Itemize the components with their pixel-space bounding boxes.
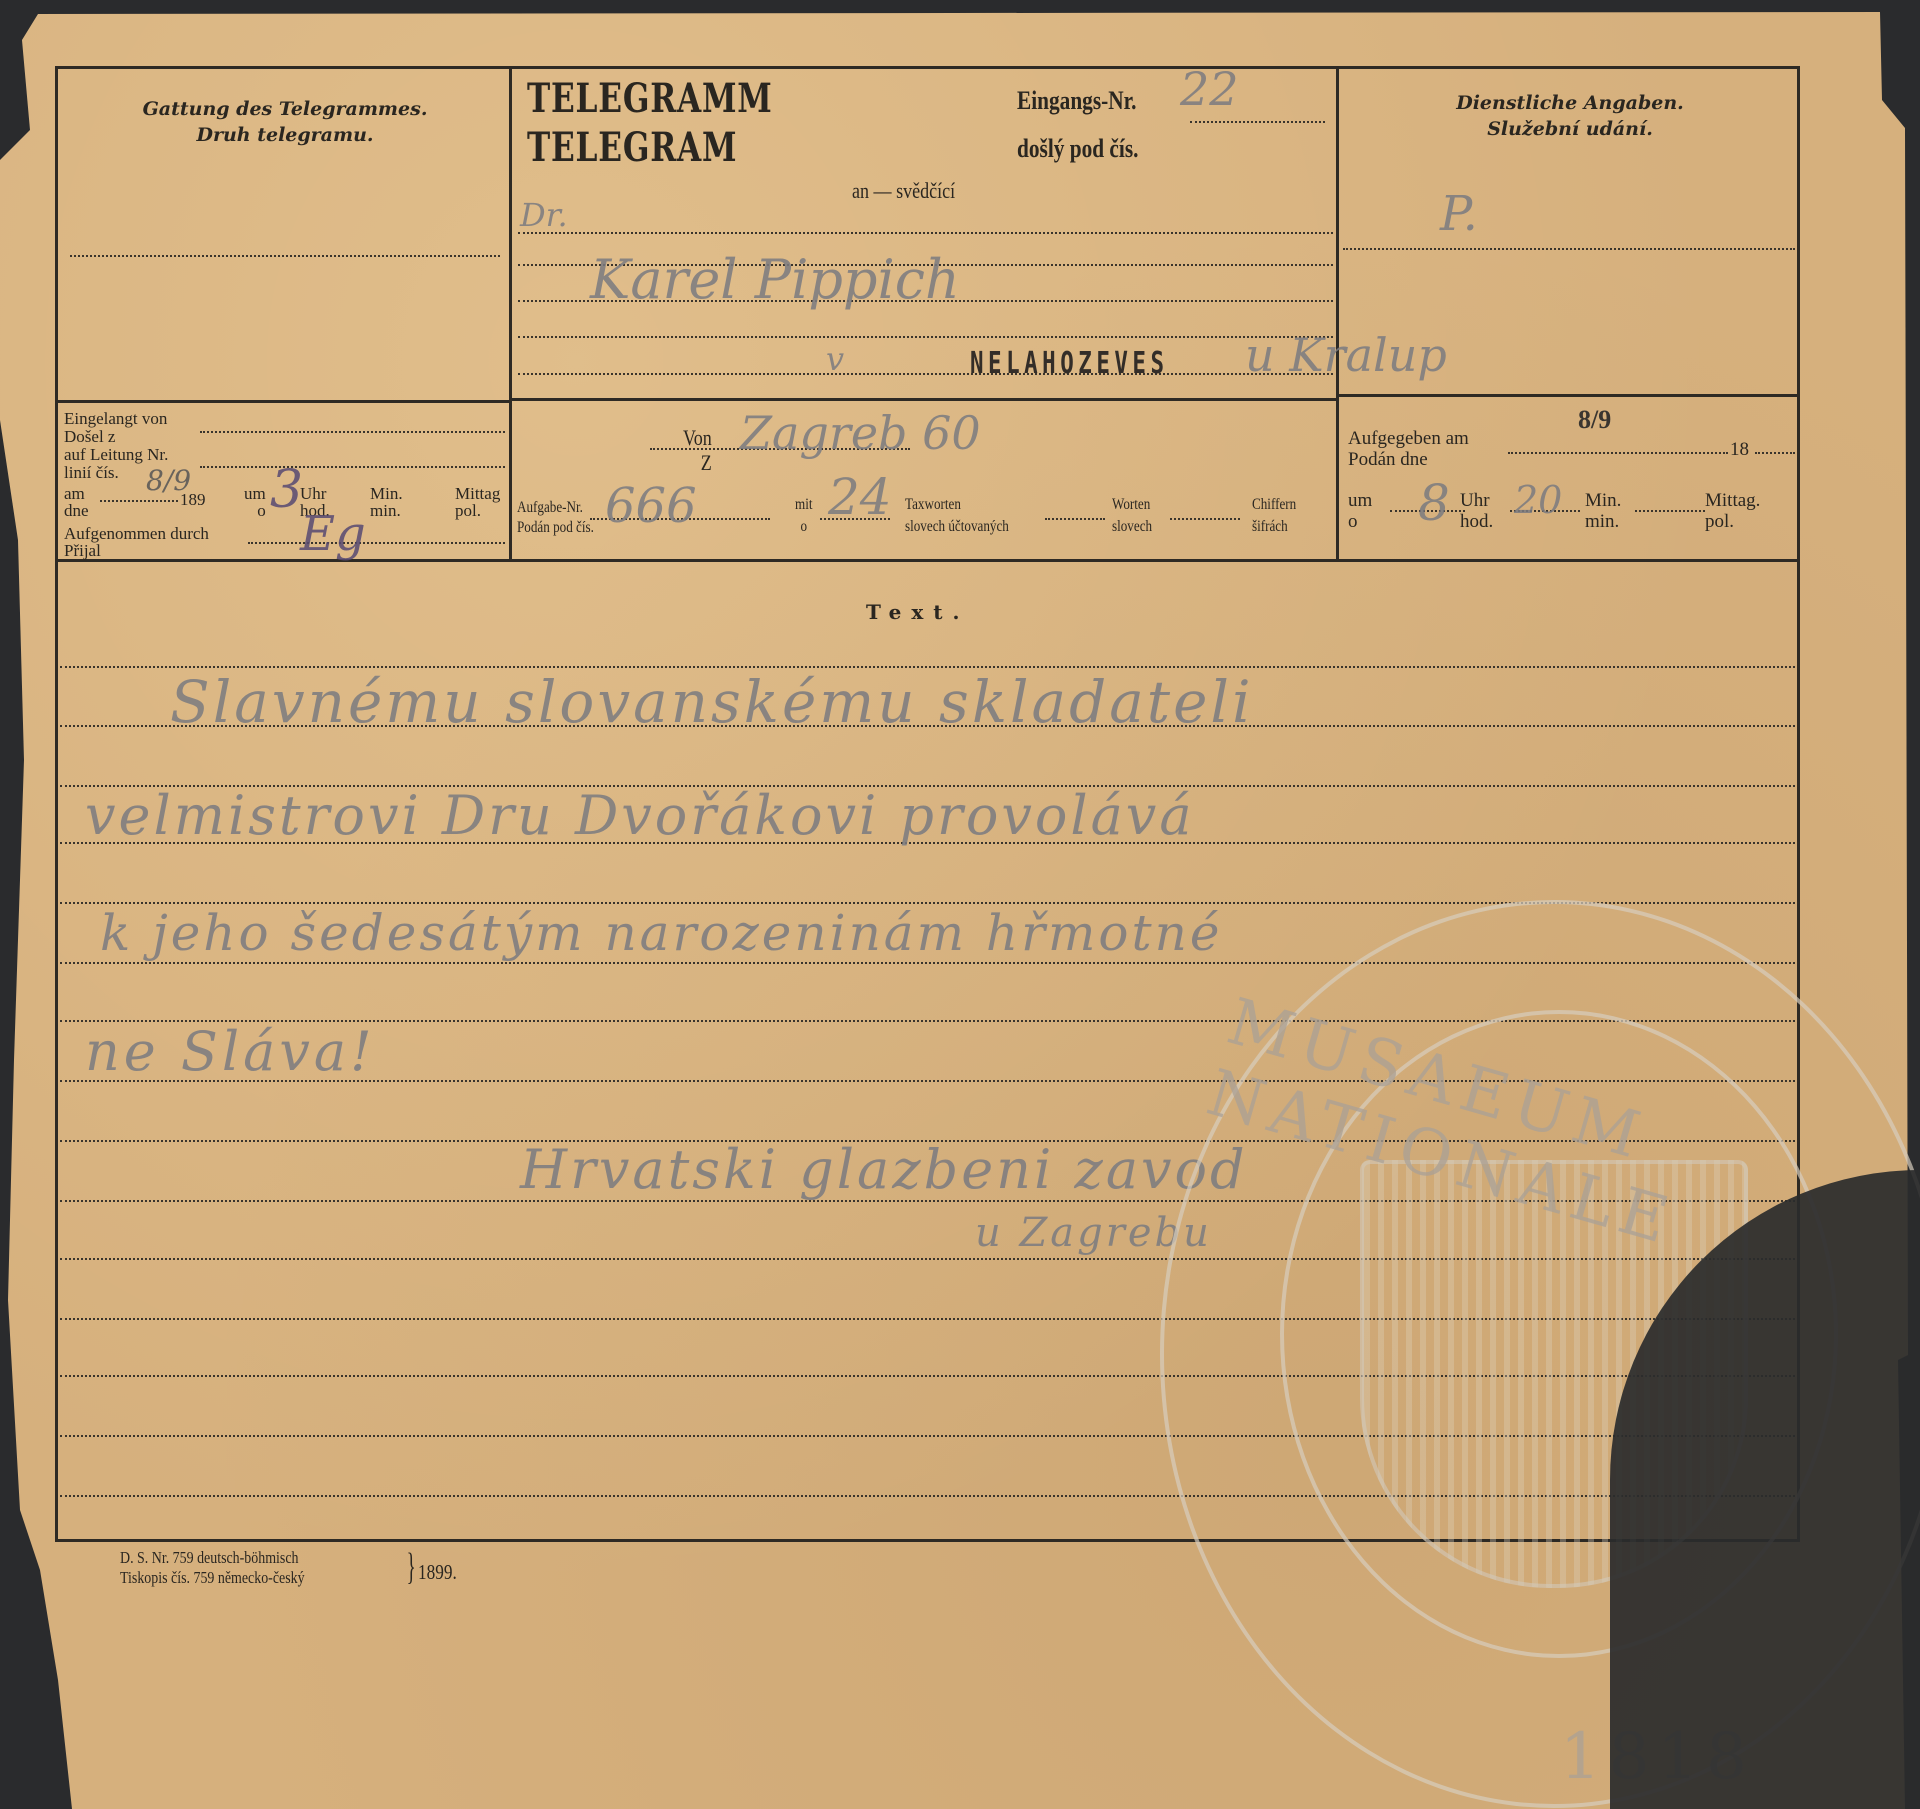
taken-by-value: Eg bbox=[300, 506, 366, 562]
submitted-min-label: Min. min. bbox=[1585, 490, 1621, 532]
submitted-hour-value: 8 bbox=[1418, 474, 1450, 532]
received-year-prefix: 189 bbox=[180, 490, 206, 509]
received-at-label: um o bbox=[244, 485, 266, 519]
place-stamp: NELAHOZEVES bbox=[970, 346, 1169, 381]
addressee-line-5 bbox=[518, 373, 1333, 375]
submission-no-label: Aufgabe-Nr. Podán pod čís. bbox=[517, 498, 594, 538]
addressee-preposition: v bbox=[826, 340, 844, 378]
message-line-2: velmistrovi Dru Dvořákovi provolává bbox=[85, 784, 1195, 847]
type-label-de: Gattung des Telegrammes. bbox=[60, 96, 510, 122]
addressee-name: Karel Pippich bbox=[590, 248, 960, 311]
received-date-dotted bbox=[100, 500, 178, 502]
type-dotted-line bbox=[70, 255, 500, 257]
form-brace: } bbox=[407, 1547, 416, 1587]
submitted-noon-dotted bbox=[1635, 510, 1705, 512]
received-hour-value: 3 bbox=[270, 460, 303, 520]
telegram-type-label: Gattung des Telegrammes. Druh telegramu. bbox=[60, 96, 510, 148]
title-cs: TELEGRAM bbox=[527, 127, 737, 169]
addressee-line-1 bbox=[518, 232, 1333, 234]
message-line-1: Slavnému slovanskému skladateli bbox=[170, 668, 1254, 736]
submitted-at-label: um o bbox=[1348, 490, 1372, 532]
addressee-label: an — svědčící bbox=[852, 178, 955, 204]
message-line-4: ne Sláva! bbox=[85, 1020, 376, 1083]
received-line-dotted bbox=[200, 466, 505, 468]
taxwords-label: Taxworten slovech účtovaných bbox=[905, 494, 1009, 538]
submitted-noon-label: Mittag. pol. bbox=[1705, 490, 1760, 532]
submitted-date-dotted bbox=[1508, 452, 1728, 454]
divider-mid-center bbox=[509, 398, 1339, 401]
form-number: D. S. Nr. 759 deutsch-böhmisch Tiskopis … bbox=[120, 1548, 305, 1588]
divider-right bbox=[1336, 66, 1339, 562]
incoming-no-value: 22 bbox=[1180, 62, 1239, 116]
received-date-label: am dne bbox=[64, 485, 89, 519]
addressee-line-4 bbox=[518, 336, 1333, 338]
form-year: 1899. bbox=[418, 1560, 457, 1585]
incoming-no-label-cs: došlý pod čís. bbox=[1017, 134, 1138, 164]
text-heading: Text. bbox=[866, 600, 969, 624]
cipher-label: Chiffern šifrách bbox=[1252, 494, 1296, 538]
origin-from-value: Zagreb 60 bbox=[740, 406, 981, 460]
service-dotted-line bbox=[1343, 248, 1795, 250]
divider-mid-left bbox=[55, 400, 511, 403]
type-label-cs: Druh telegramu. bbox=[60, 122, 510, 148]
divider-mid-right bbox=[1336, 394, 1800, 397]
received-noon-label: Mittag pol. bbox=[455, 485, 500, 519]
submitted-year-prefix: 18 bbox=[1730, 440, 1749, 459]
taken-by-dotted bbox=[248, 542, 505, 544]
incoming-no-label-de: Eingangs-Nr. bbox=[1017, 86, 1136, 116]
incoming-no-dotted-line bbox=[1190, 121, 1325, 123]
service-label-cs: Služební udání. bbox=[1340, 116, 1800, 142]
with-label: mit o bbox=[795, 494, 813, 538]
submitted-min-value: 20 bbox=[1514, 478, 1562, 522]
service-mark: P. bbox=[1440, 186, 1478, 242]
words-label: Worten slovech bbox=[1112, 494, 1152, 538]
service-label-de: Dienstliche Angaben. bbox=[1340, 90, 1800, 116]
submitted-hour-label: Uhr hod. bbox=[1460, 490, 1493, 532]
submitted-date-value: 8/9 bbox=[1578, 405, 1611, 435]
signature-line-1: Hrvatski glazbeni zavod bbox=[520, 1138, 1248, 1201]
word-count-value: 24 bbox=[828, 468, 892, 526]
taken-by-label: Aufgenommen durch Přijal bbox=[64, 525, 209, 559]
submission-no-value: 666 bbox=[605, 478, 697, 534]
submitted-year-dotted bbox=[1755, 452, 1795, 454]
received-from-dotted bbox=[200, 431, 505, 433]
addressee-title: Dr. bbox=[520, 196, 568, 234]
addressee-via: u Kralup bbox=[1245, 328, 1447, 382]
service-label: Dienstliche Angaben. Služební udání. bbox=[1340, 90, 1800, 142]
origin-from-label: Von Z bbox=[683, 425, 712, 475]
received-min-label: Min. min. bbox=[370, 485, 403, 519]
message-line-3: k jeho šedesátým narozeninám hřmotné bbox=[100, 904, 1222, 962]
words-dotted bbox=[1045, 518, 1105, 520]
submitted-date-label: Aufgegeben am Podán dne bbox=[1348, 428, 1469, 470]
cipher-dotted bbox=[1170, 518, 1240, 520]
title-de: TELEGRAMM bbox=[527, 78, 773, 120]
